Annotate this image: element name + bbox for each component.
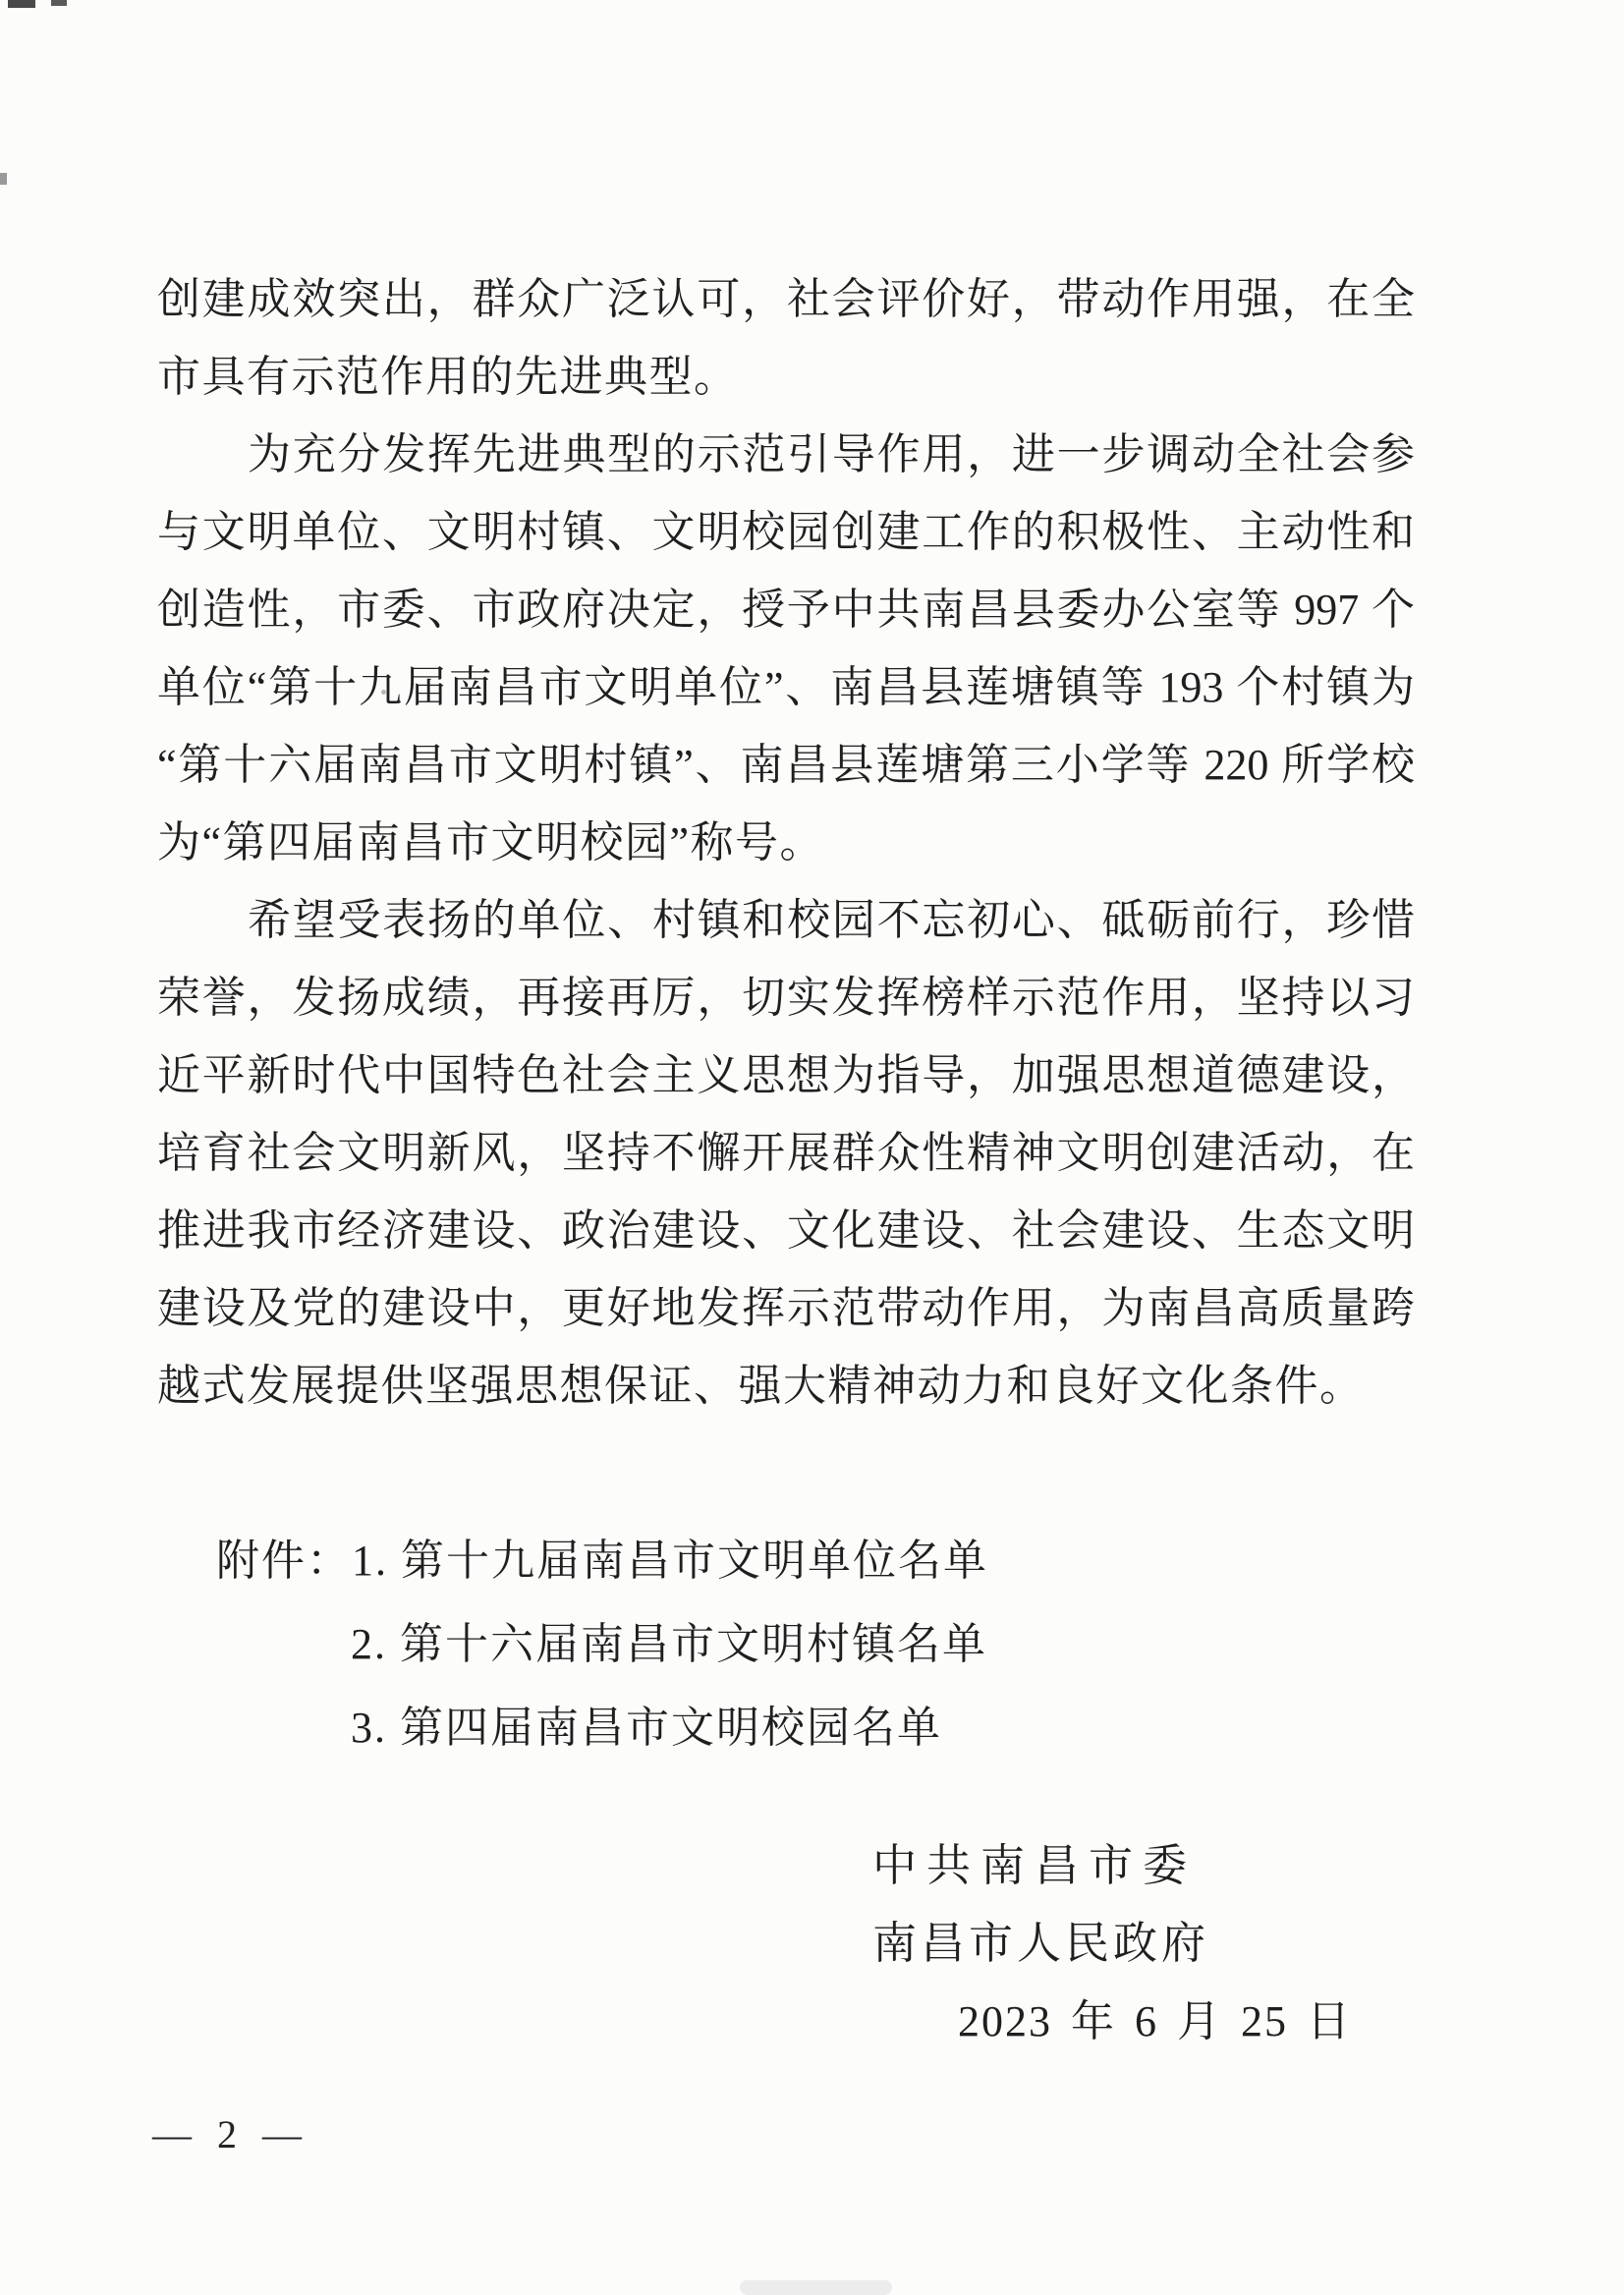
scan-artifact-bar <box>740 2280 892 2295</box>
document-body: 创建成效突出，群众广泛认可，社会评价好，带动作用强，在全 市具有示范作用的先进典… <box>157 260 1415 1425</box>
body-line: 创造性，市委、市政府决定，授予中共南昌县委办公室等 997 个 <box>157 571 1415 648</box>
attachment-title: 1. 第十九届南昌市文明单位名单 <box>352 1537 988 1585</box>
scan-artifact <box>8 0 35 8</box>
body-line: 为“第四届南昌市文明校园”称号。 <box>157 804 1415 881</box>
page-number: — 2 — <box>152 2110 309 2159</box>
attachment-title: 2. 第十六届南昌市文明村镇名单 <box>351 1620 987 1668</box>
scan-artifact <box>51 0 67 6</box>
body-line: 为充分发挥先进典型的示范引导作用，进一步调动全社会参 <box>157 416 1415 493</box>
document-page: 创建成效突出，群众广泛认可，社会评价好，带动作用强，在全 市具有示范作用的先进典… <box>0 0 1624 2295</box>
signature-government: 南昌市人民政府 <box>872 1913 1209 1974</box>
signature-date: 2023 年 6 月 25 日 <box>958 1991 1352 2052</box>
scan-artifact <box>0 173 7 185</box>
body-line: 创建成效突出，群众广泛认可，社会评价好，带动作用强，在全 <box>157 260 1415 338</box>
body-line: 希望受表扬的单位、村镇和校园不忘初心、砥砺前行，珍惜 <box>157 881 1415 959</box>
body-line: 与文明单位、文明村镇、文明校园创建工作的积极性、主动性和 <box>157 493 1415 571</box>
body-line: 越式发展提供坚强思想保证、强大精神动力和良好文化条件。 <box>157 1347 1415 1425</box>
attachment-item: 3. 第四届南昌市文明校园名单 <box>216 1686 1297 1769</box>
scan-artifact <box>381 690 386 695</box>
body-line: “第十六届南昌市文明村镇”、南昌县莲塘第三小学等 220 所学校 <box>157 726 1415 804</box>
body-line: 市具有示范作用的先进典型。 <box>157 338 1415 416</box>
attachments-label: 附件： <box>216 1519 352 1602</box>
signature-committee: 中共南昌市委 <box>872 1835 1197 1896</box>
body-line: 荣誉，发扬成绩，再接再厉，切实发挥榜样示范作用，坚持以习 <box>157 959 1415 1036</box>
attachments-list: 附件：1. 第十九届南昌市文明单位名单 2. 第十六届南昌市文明村镇名单 3. … <box>216 1519 1297 1769</box>
body-line: 近平新时代中国特色社会主义思想为指导，加强思想道德建设， <box>157 1036 1415 1114</box>
body-line: 单位“第十九届南昌市文明单位”、南昌县莲塘镇等 193 个村镇为 <box>157 648 1415 726</box>
body-line: 推进我市经济建设、政治建设、文化建设、社会建设、生态文明 <box>157 1192 1415 1269</box>
attachment-item: 附件：1. 第十九届南昌市文明单位名单 <box>216 1519 1297 1602</box>
body-line: 建设及党的建设中，更好地发挥示范带动作用，为南昌高质量跨 <box>157 1269 1415 1347</box>
attachment-title: 3. 第四届南昌市文明校园名单 <box>351 1704 942 1752</box>
body-line: 培育社会文明新风，坚持不懈开展群众性精神文明创建活动，在 <box>157 1114 1415 1192</box>
attachment-item: 2. 第十六届南昌市文明村镇名单 <box>216 1602 1297 1686</box>
